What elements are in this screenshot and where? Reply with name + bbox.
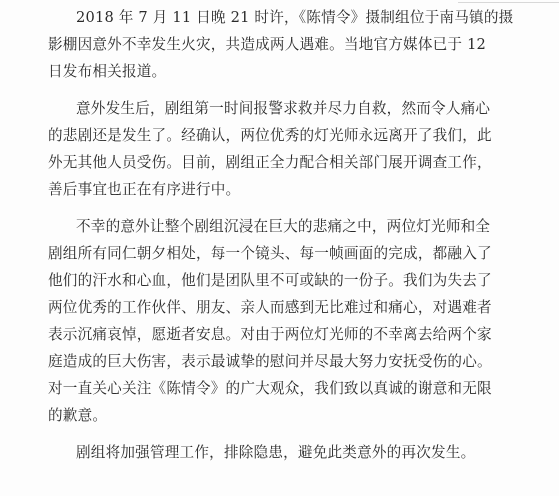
text-line: 剧组所有同仁朝夕相处，每一个镜头、每一帧画面的完成，都融入了: [48, 240, 440, 267]
text-line: 善后事宜也正在有序进行中。: [48, 176, 440, 203]
text-line: 外无其他人员受伤。目前，剧组正全力配合相关部门展开调查工作，: [48, 149, 440, 176]
text-line: 表示沉痛哀悼，愿逝者安息。对由于两位灯光师的不幸离去给两个家: [48, 321, 440, 348]
text-line: 的悲剧还是发生了。经确认，两位优秀的灯光师永远离开了我们，此: [48, 122, 440, 149]
text-line: 影棚因意外不幸发生火灾，共造成两人遇难。当地官方媒体已于 12: [48, 31, 440, 58]
text-line: 意外发生后，剧组第一时间报警求救并尽力自救，然而令人痛心: [48, 95, 440, 122]
text-line: 两位优秀的工作伙伴、朋友、亲人而感到无比难过和痛心，对遇难者: [48, 294, 440, 321]
text-line: 不幸的意外让整个剧组沉浸在巨大的悲痛之中，两位灯光师和全: [48, 213, 440, 240]
document-page: 2018 年 7 月 11 日晚 21 时许，《陈情令》摄制组位于南马镇的摄 影…: [0, 0, 559, 496]
paragraph-condolences: 不幸的意外让整个剧组沉浸在巨大的悲痛之中，两位灯光师和全 剧组所有同仁朝夕相处，…: [48, 213, 440, 429]
text-line: 日发布相关报道。: [48, 58, 440, 85]
paragraph-incident-report: 2018 年 7 月 11 日晚 21 时许，《陈情令》摄制组位于南马镇的摄 影…: [48, 4, 440, 85]
scan-edge-line: [458, 2, 559, 3]
document-body: 2018 年 7 月 11 日晚 21 时许，《陈情令》摄制组位于南马镇的摄 影…: [48, 4, 440, 476]
text-line: 他们的汗水和心血，他们是团队里不可或缺的一份子。我们为失去了: [48, 267, 440, 294]
text-line: 2018 年 7 月 11 日晚 21 时许，《陈情令》摄制组位于南马镇的摄: [48, 4, 440, 31]
paragraph-safety-commitment: 剧组将加强管理工作，排除隐患，避免此类意外的再次发生。: [48, 439, 440, 466]
text-line: 庭造成的巨大伤害，表示最诚挚的慰问并尽最大努力安抚受伤的心。: [48, 348, 440, 375]
paragraph-aftermath: 意外发生后，剧组第一时间报警求救并尽力自救，然而令人痛心 的悲剧还是发生了。经确…: [48, 95, 440, 203]
text-line: 的歉意。: [48, 402, 440, 429]
text-line: 对一直关心关注《陈情令》的广大观众，我们致以真诚的谢意和无限: [48, 375, 440, 402]
text-line: 剧组将加强管理工作，排除隐患，避免此类意外的再次发生。: [48, 439, 440, 466]
